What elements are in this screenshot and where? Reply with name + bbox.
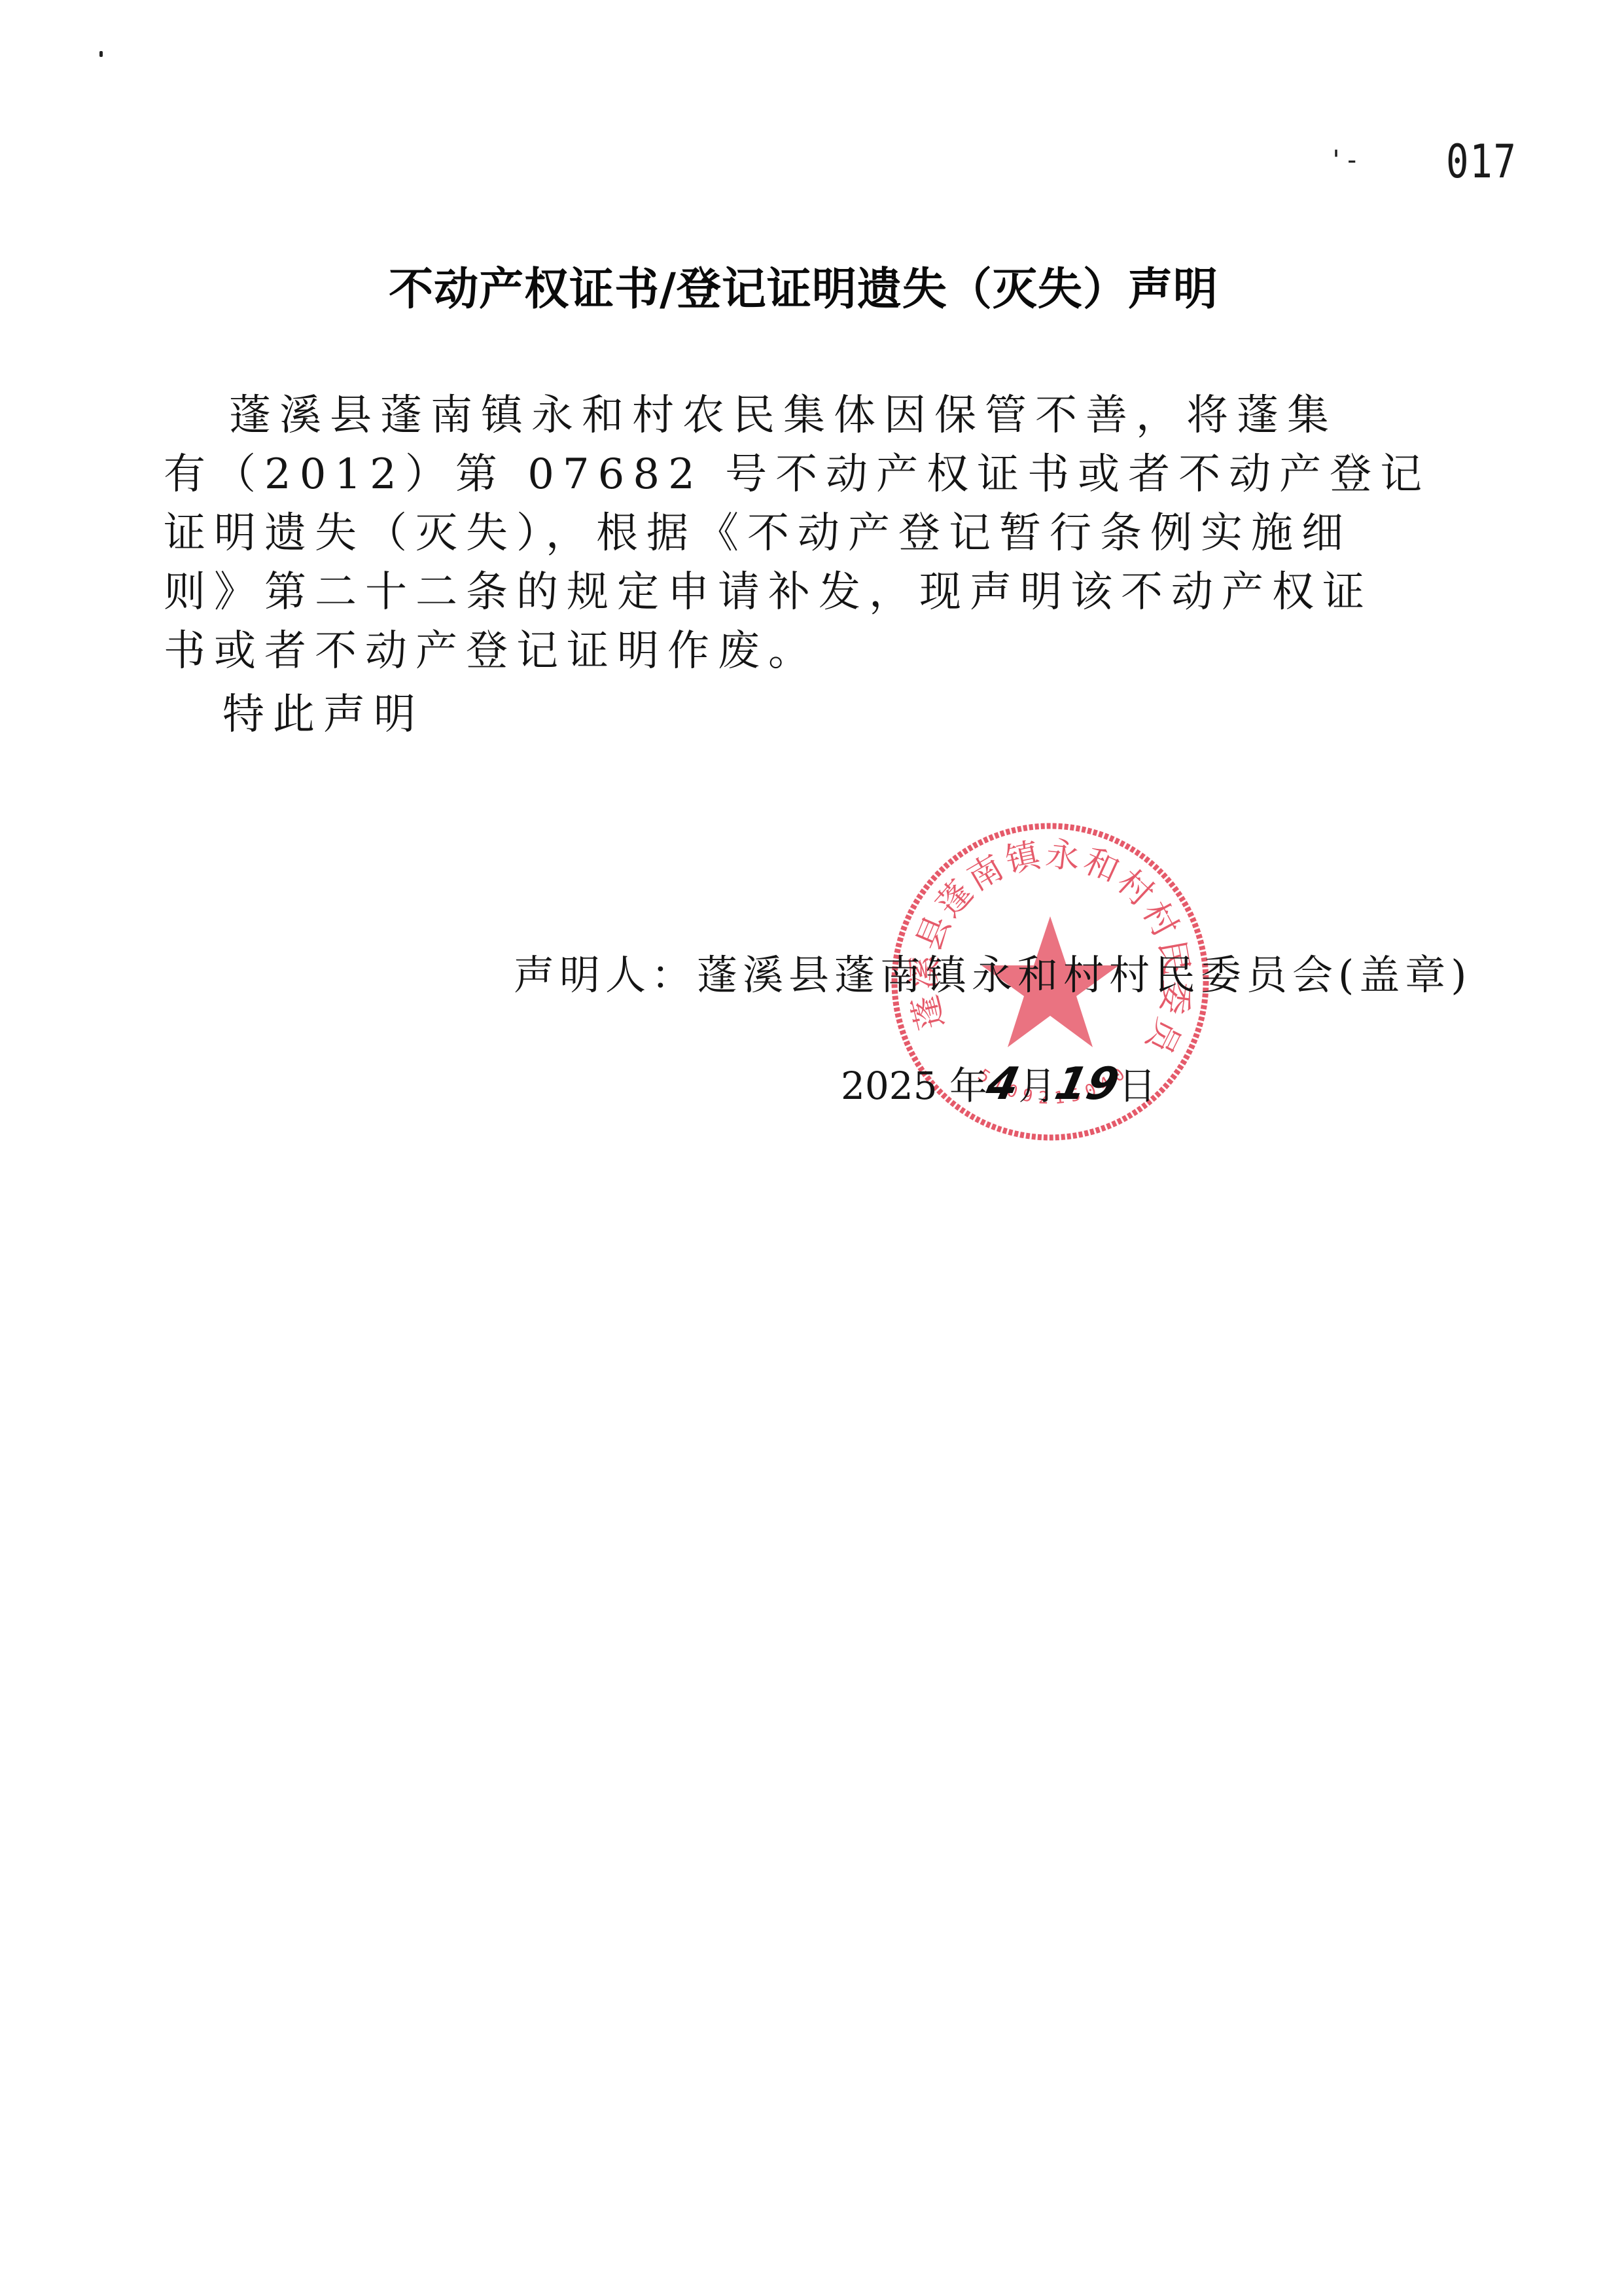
closing-statement: 特此声明 <box>222 681 424 741</box>
document-title: 不动产权证书/登记证明遗失（灭失）声明 <box>0 254 1607 317</box>
body-line: 蓬溪县蓬南镇永和村农民集体因保管不善，将蓬集 <box>164 386 1446 445</box>
signatory-line: 声明人：蓬溪县蓬南镇永和村村民委员会(盖章) <box>514 942 1472 1001</box>
declaration-date: 2025 年4月19日 <box>841 1055 1156 1110</box>
body-line: 证明遗失（灭失），根据《不动产登记暂行条例实施细 <box>164 504 1446 563</box>
page-number: 017 <box>1446 135 1517 188</box>
document-page: '- 017 不动产权证书/登记证明遗失（灭失）声明 蓬溪县蓬南镇永和村农民集体… <box>0 0 1607 2296</box>
seal-arc-text: 蓬溪县蓬南镇永和村村民委员会 <box>887 818 1197 1062</box>
body-line: 书或者不动产登记证明作废。 <box>164 622 1446 681</box>
date-month-unit: 月 <box>1018 1064 1056 1108</box>
date-year: 2025 年 <box>841 1064 987 1108</box>
declaration-body: 蓬溪县蓬南镇永和村农民集体因保管不善，将蓬集 有（2012）第 07682 号不… <box>164 386 1446 681</box>
date-day-unit: 日 <box>1118 1064 1156 1108</box>
body-line: 则》第二十二条的规定申请补发，现声明该不动产权证 <box>164 563 1446 622</box>
scan-speck <box>99 51 103 57</box>
body-line: 有（2012）第 07682 号不动产权证书或者不动产登记 <box>164 445 1446 504</box>
page-mark: '- <box>1328 145 1360 175</box>
date-day-handwritten: 19 <box>1051 1058 1123 1110</box>
